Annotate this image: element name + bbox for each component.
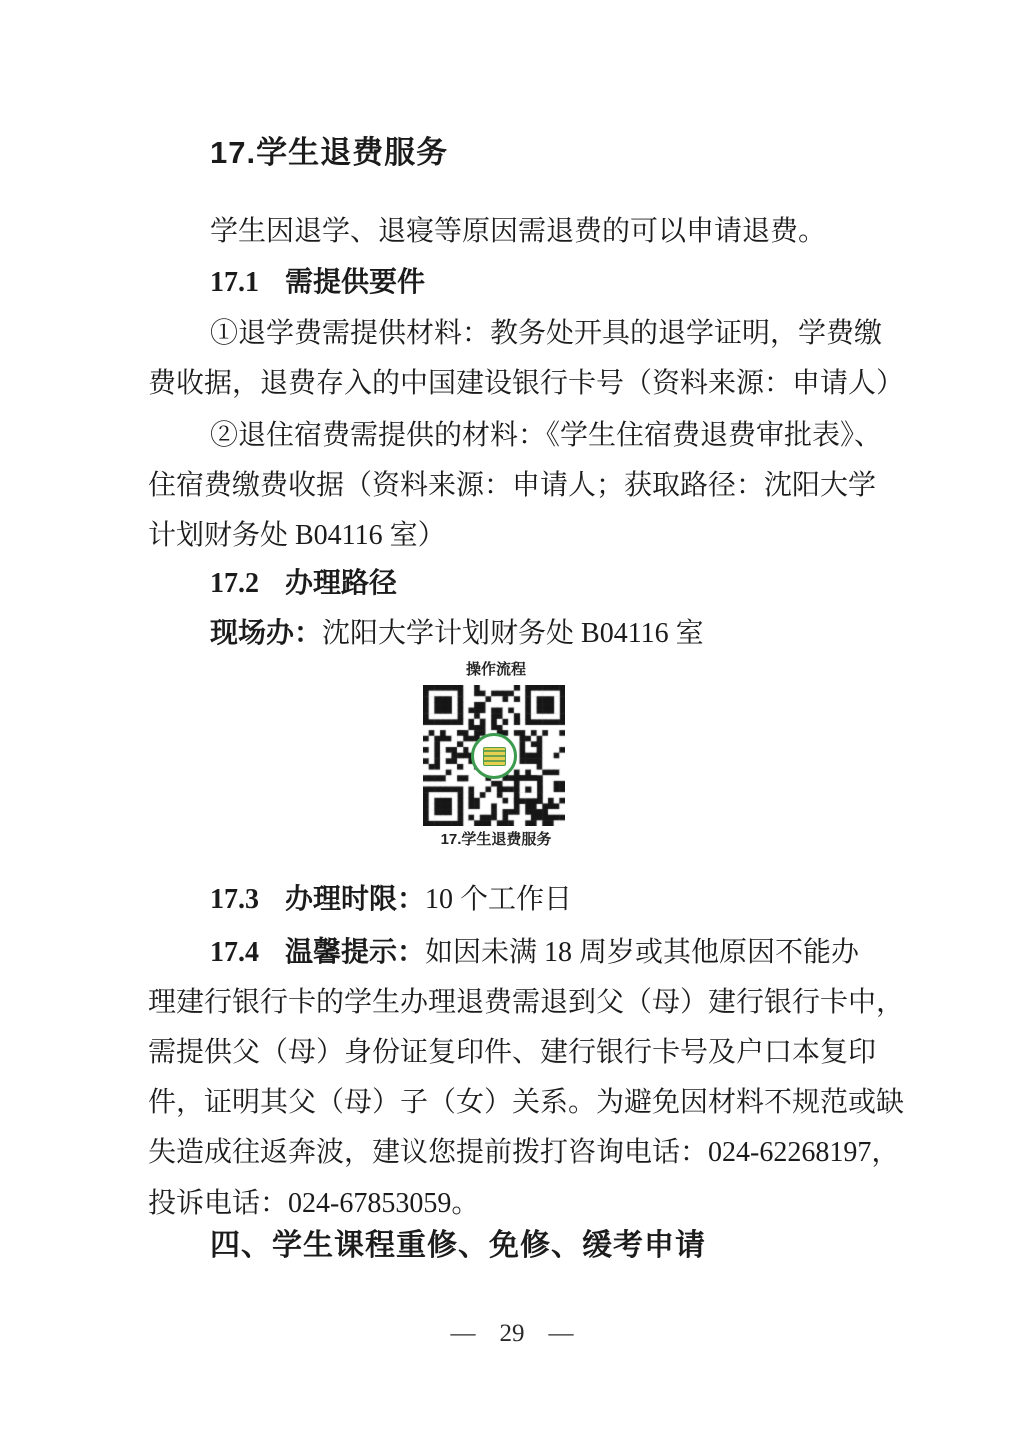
section-17-4-line-4: 件，证明其父（母）子（女）关系。为避免因材料不规范或缺	[148, 1085, 904, 1120]
onsite-text: 沈阳大学计划财务处 B04116 室	[322, 618, 704, 649]
item-2-line-2: 住宿费缴费收据（资料来源：申请人；获取路径：沈阳大学	[148, 468, 876, 503]
intro-paragraph: 学生因退学、退寝等原因需退费的可以申请退费。	[210, 214, 826, 249]
onsite-label: 现场办：	[210, 618, 322, 649]
qr-bottom-label: 17.学生退费服务	[354, 831, 638, 849]
page-footer: — 29 —	[0, 1320, 1024, 1348]
section-17-3-title: 办理时限：	[285, 884, 425, 915]
section-17-4-line-5: 失造成往返奔波，建议您提前拨打咨询电话：024-62268197，	[148, 1135, 899, 1170]
section-17-2-heading: 17.2办理路径	[210, 566, 397, 601]
section-17-4-line-6: 投诉电话：024-67853059。	[148, 1186, 479, 1221]
section-17-4-title: 温馨提示：	[285, 937, 425, 968]
section-17-2-number: 17.2	[210, 568, 259, 599]
section-17-1-title: 需提供要件	[285, 267, 425, 298]
section-17-3-number: 17.3	[210, 884, 259, 915]
item-1-line-1: ①退学费需提供材料：教务处开具的退学证明，学费缴	[210, 316, 882, 351]
footer-page-number: 29	[500, 1320, 525, 1348]
section-4-heading: 四、学生课程重修、免修、缓考申请	[210, 1227, 706, 1265]
footer-left-dash: —	[451, 1320, 476, 1348]
section-17-1-heading: 17.1需提供要件	[210, 265, 425, 300]
footer-right-dash: —	[549, 1320, 574, 1348]
onsite-line: 现场办：沈阳大学计划财务处 B04116 室	[210, 616, 704, 651]
section-17-2-title: 办理路径	[285, 568, 397, 599]
section-17-4-line-2: 理建行银行卡的学生办理退费需退到父（母）建行银行卡中，	[148, 985, 904, 1020]
section-17-1-number: 17.1	[210, 267, 259, 298]
item-2-line-3: 计划财务处 B04116 室）	[148, 518, 446, 553]
section-17-4-line-1: 17.4温馨提示：如因未满 18 周岁或其他原因不能办	[210, 935, 859, 970]
section-17-4-line-3: 需提供父（母）身份证复印件、建行银行卡号及户口本复印	[148, 1035, 876, 1070]
qr-center-logo	[471, 733, 517, 779]
university-logo-icon	[483, 747, 506, 766]
section-17-heading: 17.学生退费服务	[210, 134, 448, 173]
document-page: 17.学生退费服务 学生因退学、退寝等原因需退费的可以申请退费。 17.1需提供…	[0, 0, 1024, 1448]
section-17-4-number: 17.4	[210, 937, 259, 968]
qr-top-label: 操作流程	[354, 661, 638, 679]
section-17-3-value: 10 个工作日	[425, 884, 572, 915]
section-17-4-line-1-rest: 如因未满 18 周岁或其他原因不能办	[425, 937, 859, 968]
item-1-line-2: 费收据，退费存入的中国建设银行卡号（资料来源：申请人）	[148, 366, 904, 401]
item-2-line-1: ②退住宿费需提供的材料：《学生住宿费退费审批表》、	[210, 418, 882, 453]
section-17-3-line: 17.3办理时限：10 个工作日	[210, 882, 572, 917]
